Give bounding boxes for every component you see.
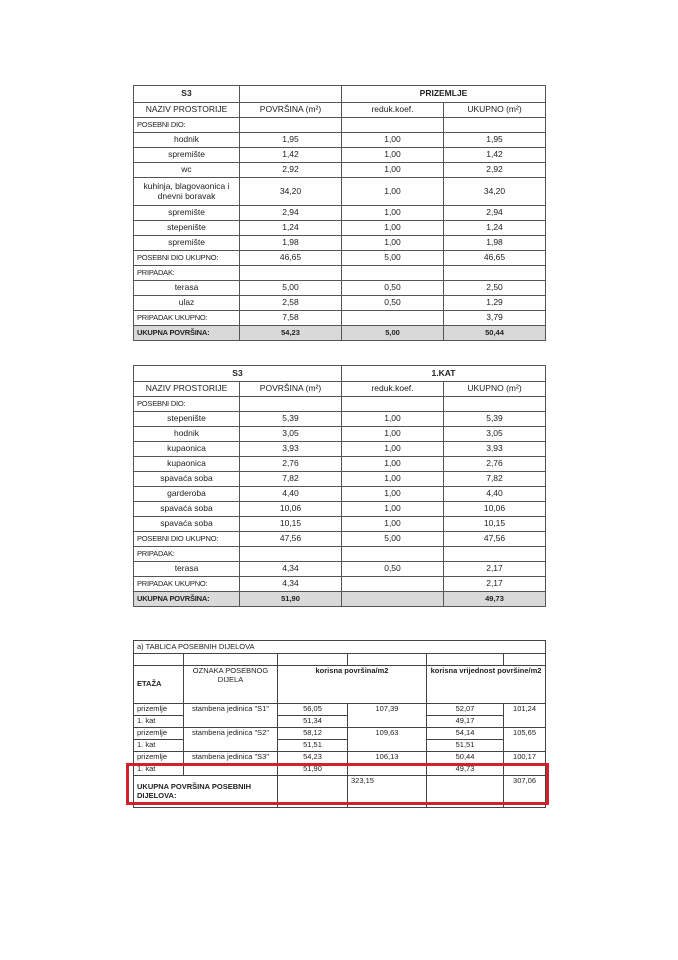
col-header: POVRŠINA (m²) xyxy=(240,382,342,397)
subtotal-total: 47,56 xyxy=(444,532,546,547)
table-row: spavaća soba10,061,0010,06 xyxy=(134,502,546,517)
room-area: 1,95 xyxy=(240,133,342,148)
room-coef: 1,00 xyxy=(342,221,444,236)
area-cell: 54,23 xyxy=(278,752,348,764)
room-name: spavaća soba xyxy=(134,472,240,487)
s3-highlight-box xyxy=(126,763,549,805)
room-total: 5,39 xyxy=(444,412,546,427)
table-row: hodnik3,051,003,05 xyxy=(134,427,546,442)
table-row: wc2,921,002,92 xyxy=(134,163,546,178)
room-total: 2,94 xyxy=(444,206,546,221)
room-coef: 1,00 xyxy=(342,457,444,472)
room-total: 1,29 xyxy=(444,296,546,311)
room-coef: 1,00 xyxy=(342,178,444,206)
subtotal-total: 46,65 xyxy=(444,251,546,266)
unit-label: stambena jedinica "S1" xyxy=(184,704,278,728)
room-name: kupaonica xyxy=(134,457,240,472)
floor-label: 1.KAT xyxy=(342,366,546,382)
room-coef: 1,00 xyxy=(342,148,444,163)
room-name: stepenište xyxy=(134,412,240,427)
pripadak-total-area: 7,58 xyxy=(240,311,342,326)
area-cell: 51,51 xyxy=(278,740,348,752)
col-header: UKUPNO (m²) xyxy=(444,382,546,397)
room-coef: 1,00 xyxy=(342,206,444,221)
room-area: 1,24 xyxy=(240,221,342,236)
room-area: 10,06 xyxy=(240,502,342,517)
col-header: reduk.koef. xyxy=(342,382,444,397)
room-coef: 1,00 xyxy=(342,487,444,502)
area-cell: 51,34 xyxy=(278,716,348,728)
pripadak-total-total: 3,79 xyxy=(444,311,546,326)
room-total: 3,05 xyxy=(444,427,546,442)
col-header: reduk.koef. xyxy=(342,103,444,118)
grand-total-coef xyxy=(342,592,444,607)
room-name: stepenište xyxy=(134,221,240,236)
table-row: spremište1,981,001,98 xyxy=(134,236,546,251)
room-name: terasa xyxy=(134,281,240,296)
room-area: 2,58 xyxy=(240,296,342,311)
room-name: spavaća soba xyxy=(134,517,240,532)
room-name: ulaz xyxy=(134,296,240,311)
etaza-cell: prizemlje xyxy=(134,752,184,764)
col-vrijednost: korisna vrijednost površine/m2 xyxy=(427,666,546,704)
table-row: kupaonica2,761,002,76 xyxy=(134,457,546,472)
room-total: 2,76 xyxy=(444,457,546,472)
grand-total-area: 54,23 xyxy=(240,326,342,341)
room-area: 4,40 xyxy=(240,487,342,502)
floor-label: PRIZEMLJE xyxy=(342,86,546,103)
summary-title: a) TABLICA POSEBNIH DIJELOVA xyxy=(134,641,546,654)
value-cell: 49,17 xyxy=(427,716,504,728)
room-name: wc xyxy=(134,163,240,178)
room-total: 1,42 xyxy=(444,148,546,163)
etaza-cell: 1. kat xyxy=(134,716,184,728)
col-header: NAZIV PROSTORIJE xyxy=(134,382,240,397)
room-coef: 1,00 xyxy=(342,236,444,251)
pripadak-total-total: 2,17 xyxy=(444,577,546,592)
room-total: 1,95 xyxy=(444,133,546,148)
room-name: hodnik xyxy=(134,133,240,148)
room-area: 2,76 xyxy=(240,457,342,472)
table-row: hodnik1,951,001,95 xyxy=(134,133,546,148)
section-label: POSEBNI DIO: xyxy=(134,397,240,412)
value-cell: 51,51 xyxy=(427,740,504,752)
area-sum: 107,39 xyxy=(348,704,427,728)
grand-total-total: 50,44 xyxy=(444,326,546,341)
room-total: 2,92 xyxy=(444,163,546,178)
col-header: NAZIV PROSTORIJE xyxy=(134,103,240,118)
table-row: ulaz2,580,501,29 xyxy=(134,296,546,311)
section-label: POSEBNI DIO: xyxy=(134,118,240,133)
grand-total-label: UKUPNA POVRŠINA: xyxy=(134,326,240,341)
room-area: 3,05 xyxy=(240,427,342,442)
subtotal-area: 47,56 xyxy=(240,532,342,547)
subtotal-coef: 5,00 xyxy=(342,532,444,547)
room-name: spremište xyxy=(134,236,240,251)
area-cell: 56,05 xyxy=(278,704,348,716)
room-area: 7,82 xyxy=(240,472,342,487)
grand-total-total: 49,73 xyxy=(444,592,546,607)
room-area: 10,15 xyxy=(240,517,342,532)
room-area: 2,92 xyxy=(240,163,342,178)
section-label: PRIPADAK: xyxy=(134,266,240,281)
room-area: 1,98 xyxy=(240,236,342,251)
etaza-cell: 1. kat xyxy=(134,740,184,752)
summary-row: prizemljestambena jedinica "S2"58,12109,… xyxy=(134,728,546,740)
room-coef: 0,50 xyxy=(342,562,444,577)
table-row: stepenište1,241,001,24 xyxy=(134,221,546,236)
unit-label: stambena jedinica "S2" xyxy=(184,728,278,752)
col-etaza: ETAŽA xyxy=(134,666,184,704)
col-header: POVRŠINA (m²) xyxy=(240,103,342,118)
value-cell: 50,44 xyxy=(427,752,504,764)
pripadak-total-area: 4,34 xyxy=(240,577,342,592)
room-coef: 1,00 xyxy=(342,163,444,178)
room-name: spavaća soba xyxy=(134,502,240,517)
value-sum: 101,24 xyxy=(504,704,546,728)
grand-total-label: UKUPNA POVRŠINA: xyxy=(134,592,240,607)
room-coef: 1,00 xyxy=(342,472,444,487)
room-table-prizemlje: S3 PRIZEMLJE NAZIV PROSTORIJE POVRŠINA (… xyxy=(133,85,546,341)
section-label: PRIPADAK: xyxy=(134,547,240,562)
summary-row: prizemljestambena jedinica "S3"54,23106,… xyxy=(134,752,546,764)
col-korisna: korisna površina/m2 xyxy=(278,666,427,704)
area-cell: 58,12 xyxy=(278,728,348,740)
room-total: 34,20 xyxy=(444,178,546,206)
room-name: hodnik xyxy=(134,427,240,442)
table-row: stepenište5,391,005,39 xyxy=(134,412,546,427)
grand-total-area: 51,90 xyxy=(240,592,342,607)
unit-label: S3 xyxy=(134,86,240,103)
table-row: spremište2,941,002,94 xyxy=(134,206,546,221)
room-area: 1,42 xyxy=(240,148,342,163)
room-area: 2,94 xyxy=(240,206,342,221)
room-name: kupaonica xyxy=(134,442,240,457)
table-row: terasa4,340,502,17 xyxy=(134,562,546,577)
value-cell: 54,14 xyxy=(427,728,504,740)
room-area: 5,00 xyxy=(240,281,342,296)
room-coef: 1,00 xyxy=(342,442,444,457)
room-total: 7,82 xyxy=(444,472,546,487)
table-row: terasa5,000,502,50 xyxy=(134,281,546,296)
room-area: 3,93 xyxy=(240,442,342,457)
room-coef: 0,50 xyxy=(342,296,444,311)
value-sum: 105,65 xyxy=(504,728,546,752)
subtotal-label: POSEBNI DIO UKUPNO: xyxy=(134,532,240,547)
room-total: 2,50 xyxy=(444,281,546,296)
room-name: terasa xyxy=(134,562,240,577)
room-total: 2,17 xyxy=(444,562,546,577)
area-sum: 109,63 xyxy=(348,728,427,752)
subtotal-area: 46,65 xyxy=(240,251,342,266)
room-coef: 1,00 xyxy=(342,133,444,148)
room-name: kuhinja, blagovaonica i dnevni boravak xyxy=(134,178,240,206)
room-total: 1,24 xyxy=(444,221,546,236)
room-table-1-kat: S3 1.KAT NAZIV PROSTORIJE POVRŠINA (m²) … xyxy=(133,365,546,607)
subtotal-label: POSEBNI DIO UKUPNO: xyxy=(134,251,240,266)
room-total: 4,40 xyxy=(444,487,546,502)
room-area: 5,39 xyxy=(240,412,342,427)
etaza-cell: prizemlje xyxy=(134,728,184,740)
table-row: garderoba4,401,004,40 xyxy=(134,487,546,502)
pripadak-total-label: PRIPADAK UKUPNO: xyxy=(134,311,240,326)
table-row: spremište1,421,001,42 xyxy=(134,148,546,163)
room-coef: 1,00 xyxy=(342,427,444,442)
grand-total-coef: 5,00 xyxy=(342,326,444,341)
room-total: 1,98 xyxy=(444,236,546,251)
col-oznaka: OZNAKA POSEBNOG DIJELA xyxy=(184,666,278,704)
value-cell: 52,07 xyxy=(427,704,504,716)
subtotal-coef: 5,00 xyxy=(342,251,444,266)
room-name: garderoba xyxy=(134,487,240,502)
table-row: spavaća soba7,821,007,82 xyxy=(134,472,546,487)
summary-row: prizemljestambena jedinica "S1"56,05107,… xyxy=(134,704,546,716)
room-name: spremište xyxy=(134,148,240,163)
room-total: 3,93 xyxy=(444,442,546,457)
pripadak-total-coef xyxy=(342,577,444,592)
etaza-cell: prizemlje xyxy=(134,704,184,716)
room-coef: 1,00 xyxy=(342,502,444,517)
room-coef: 1,00 xyxy=(342,517,444,532)
room-coef: 0,50 xyxy=(342,281,444,296)
room-total: 10,15 xyxy=(444,517,546,532)
table-row: kupaonica3,931,003,93 xyxy=(134,442,546,457)
room-area: 34,20 xyxy=(240,178,342,206)
table-row: kuhinja, blagovaonica i dnevni boravak34… xyxy=(134,178,546,206)
pripadak-total-label: PRIPADAK UKUPNO: xyxy=(134,577,240,592)
room-name: spremište xyxy=(134,206,240,221)
unit-label: S3 xyxy=(134,366,342,382)
pripadak-total-coef xyxy=(342,311,444,326)
room-total: 10,06 xyxy=(444,502,546,517)
room-area: 4,34 xyxy=(240,562,342,577)
table-row: spavaća soba10,151,0010,15 xyxy=(134,517,546,532)
room-coef: 1,00 xyxy=(342,412,444,427)
col-header: UKUPNO (m²) xyxy=(444,103,546,118)
